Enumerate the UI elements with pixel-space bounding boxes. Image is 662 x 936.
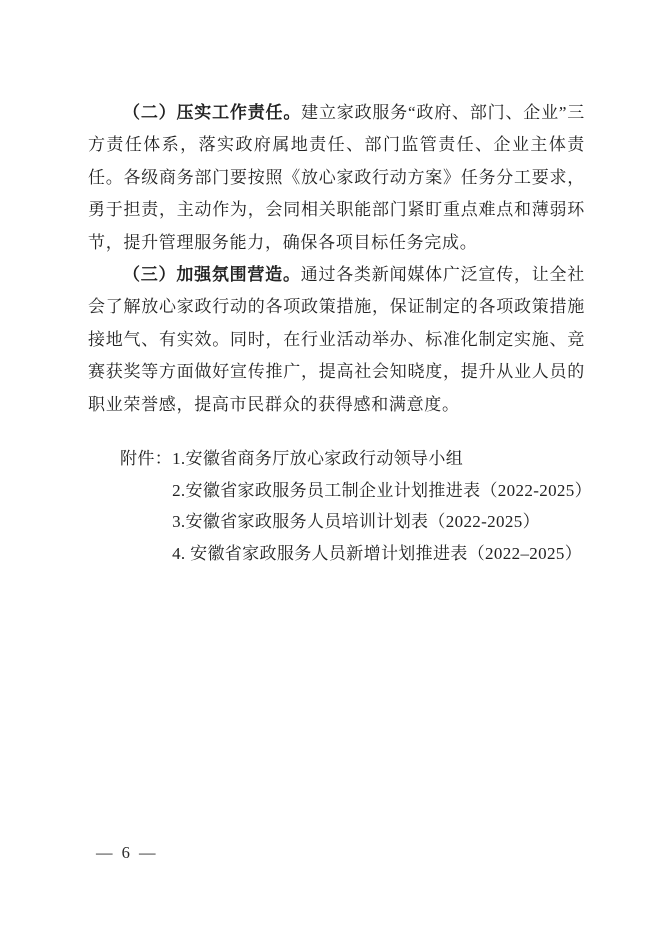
- attachment-item: 2.安徽省家政服务员工制企业计划推进表（2022-2025）: [172, 475, 592, 507]
- attachments-list: 1.安徽省商务厅放心家政行动领导小组 2.安徽省家政服务员工制企业计划推进表（2…: [172, 443, 592, 570]
- attachment-item: 1.安徽省商务厅放心家政行动领导小组: [172, 443, 592, 475]
- paragraph-heading: （三）加强氛围营造。: [123, 265, 301, 284]
- paragraph: （二）压实工作责任。建立家政服务“政府、部门、企业”三方责任体系，落实政府属地责…: [88, 97, 585, 259]
- document-content: （二）压实工作责任。建立家政服务“政府、部门、企业”三方责任体系，落实政府属地责…: [88, 97, 585, 570]
- paragraph-body: 建立家政服务“政府、部门、企业”三方责任体系，落实政府属地责任、部门监管责任、企…: [88, 103, 585, 252]
- paragraph-body: 通过各类新闻媒体广泛宣传，让全社会了解放心家政行动的各项政策措施，保证制定的各项…: [88, 265, 585, 414]
- attachment-item: 4. 安徽省家政服务人员新增计划推进表（2022–2025）: [172, 538, 592, 570]
- attachments-label: 附件：: [120, 443, 172, 475]
- attachment-item: 3.安徽省家政服务人员培训计划表（2022-2025）: [172, 506, 592, 538]
- paragraph: （三）加强氛围营造。通过各类新闻媒体广泛宣传，让全社会了解放心家政行动的各项政策…: [88, 259, 585, 421]
- attachments-block: 附件： 1.安徽省商务厅放心家政行动领导小组 2.安徽省家政服务员工制企业计划推…: [120, 443, 585, 570]
- document-page: （二）压实工作责任。建立家政服务“政府、部门、企业”三方责任体系，落实政府属地责…: [0, 0, 662, 936]
- page-number: — 6 —: [96, 843, 157, 863]
- paragraph-heading: （二）压实工作责任。: [123, 103, 301, 122]
